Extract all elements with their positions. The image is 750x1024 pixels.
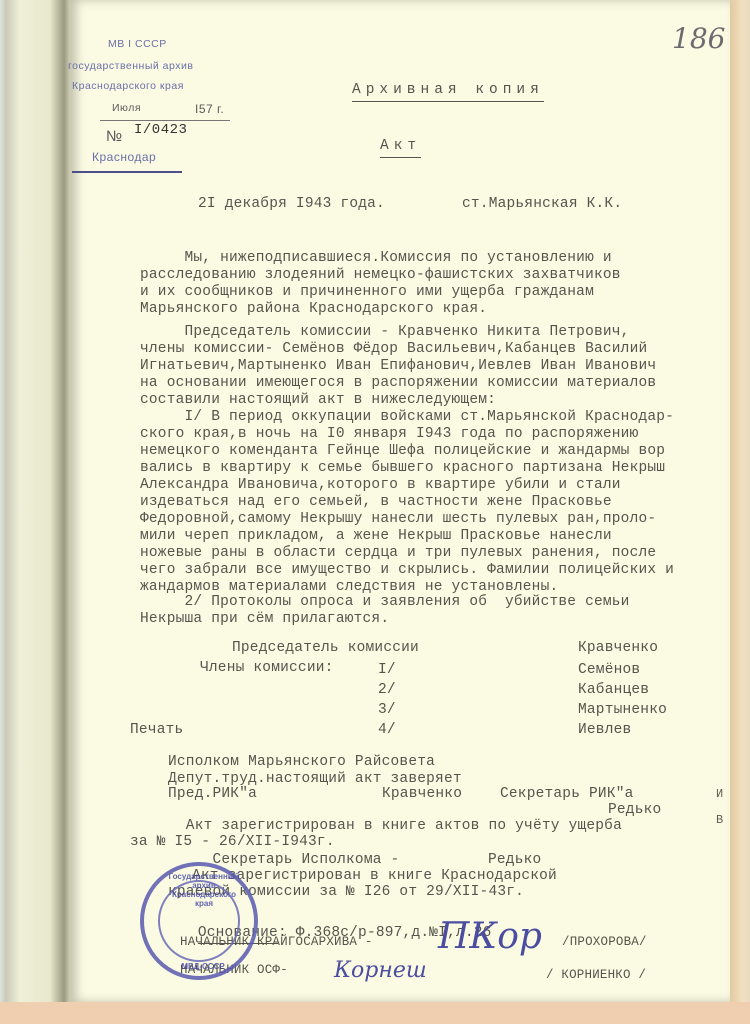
cert-secretary-name: Редько	[608, 802, 661, 819]
text-line: Председатель комиссии - Кравченко Никита…	[140, 324, 630, 341]
cert-chair-label: Пред.РИК"а	[168, 786, 257, 803]
registration-line-4: Акт зарегистрирован в книге Краснодарско…	[192, 868, 557, 885]
registration-line-2: за № I5 - 26/XII-I943г.	[130, 834, 335, 851]
text-line: Игнатьевич,Мартыненко Иван Епифанович,Ие…	[140, 358, 656, 375]
member-name: Семёнов	[578, 662, 640, 679]
stamp-month: Июля	[112, 102, 141, 114]
member-name: Кабанцев	[578, 682, 649, 699]
signature-prokhorova: ПКор	[438, 916, 542, 957]
seal-label: Печать	[130, 722, 183, 739]
member-number: I/	[378, 662, 396, 679]
cert-secretary-label: Секретарь РИК"а	[500, 786, 634, 803]
margin-letter-1: И	[716, 787, 723, 801]
text-line: и их сообщников и причиненного ими ущерб…	[140, 284, 594, 301]
member-number: 4/	[378, 722, 396, 739]
chairman-label: Председатель комиссии	[232, 640, 419, 657]
member-name: Иевлев	[578, 722, 631, 739]
margin-letter-2: В	[716, 813, 723, 827]
registration-line-1: Акт зарегистрирован в книге актов по учё…	[168, 818, 622, 835]
exec-secretary-name: Редько	[488, 852, 541, 869]
stamp-underline	[72, 171, 182, 173]
text-line: вались в квартиру к семье бывшего красно…	[140, 460, 665, 477]
cert-chair-name: Кравченко	[382, 786, 462, 803]
stamp-divider	[100, 120, 230, 121]
text-line: Некрыша при сём прилагаются.	[140, 611, 389, 628]
chairman-name: Кравченко	[578, 640, 658, 657]
text-line: на основании имеющегося в распоряжении к…	[140, 375, 656, 392]
text-line: Марьянского района Краснодарского края.	[140, 301, 487, 318]
head-osf-name: / КОРНИЕНКО /	[546, 967, 646, 984]
stamp-number-label: №	[106, 128, 123, 145]
text-line: мили череп прикладом, а жене Некрыш Прас…	[140, 528, 612, 545]
stamp-line-3: Краснодарского края	[72, 80, 184, 92]
stamp-year: I57 г.	[195, 102, 224, 116]
act-place: ст.Марьянская К.К.	[462, 196, 622, 213]
text-line: чего забрали все имущество и скрылись. Ф…	[140, 562, 674, 579]
text-line: издеваться над его семьей, в частности ж…	[140, 494, 612, 511]
page-edge	[730, 0, 750, 1024]
text-line: 2/ Протоколы опроса и заявления об убийс…	[140, 594, 630, 611]
stamp-number-value: I/0423	[134, 122, 187, 138]
member-name: Мартыненко	[578, 702, 667, 719]
text-line: Федоровной,самому Некрышу нанесли шесть …	[140, 511, 656, 528]
text-line: расследованию злодеяний немецко-фашистск…	[140, 267, 621, 284]
cert-line-1: Исполком Марьянского Райсовета	[168, 754, 435, 771]
members-label: Члены комиссии:	[200, 660, 334, 677]
text-line: Мы, нижеподписавшиеся.Комиссия по устано…	[140, 250, 612, 267]
archive-copy-heading: Архивная копия	[352, 82, 544, 102]
act-date: 2I декабря I943 года.	[198, 196, 385, 213]
text-line: Александра Ивановича,которого в квартире…	[140, 477, 621, 494]
stamp-line-1: МВ I СССР	[108, 38, 167, 50]
member-number: 2/	[378, 682, 396, 699]
signature-kornienko: Корнеш	[334, 958, 427, 983]
head-archive-name: /ПРОХОРОВА/	[562, 934, 647, 951]
text-line: ского края,в ночь на I0 января I943 года…	[140, 426, 638, 443]
official-seal: Государственный архив Краснодарского кра…	[140, 862, 258, 980]
stamp-line-2: государственный архив	[68, 60, 193, 72]
text-line: составили настоящий акт в нижеследующем:	[140, 392, 496, 409]
member-number: 3/	[378, 702, 396, 719]
text-line: I/ В период оккупации войсками ст.Марьян…	[140, 409, 674, 426]
seal-text-bottom: МВД-СССР	[168, 962, 238, 971]
text-line: ножевые раны в области сердца и три пуле…	[140, 545, 656, 562]
text-line: члены комиссии- Семёнов Фёдор Васильевич…	[140, 341, 647, 358]
page-number: 186	[672, 22, 725, 55]
act-title: Акт	[380, 138, 421, 158]
text-line: немецкого коменданта Гейнце Шефа полицей…	[140, 443, 665, 460]
bottom-band	[0, 1002, 750, 1024]
stamp-city: Краснодар	[92, 150, 156, 164]
binding-strip	[0, 0, 70, 1024]
seal-text-top: Государственный архив Краснодарского кра…	[164, 872, 244, 908]
